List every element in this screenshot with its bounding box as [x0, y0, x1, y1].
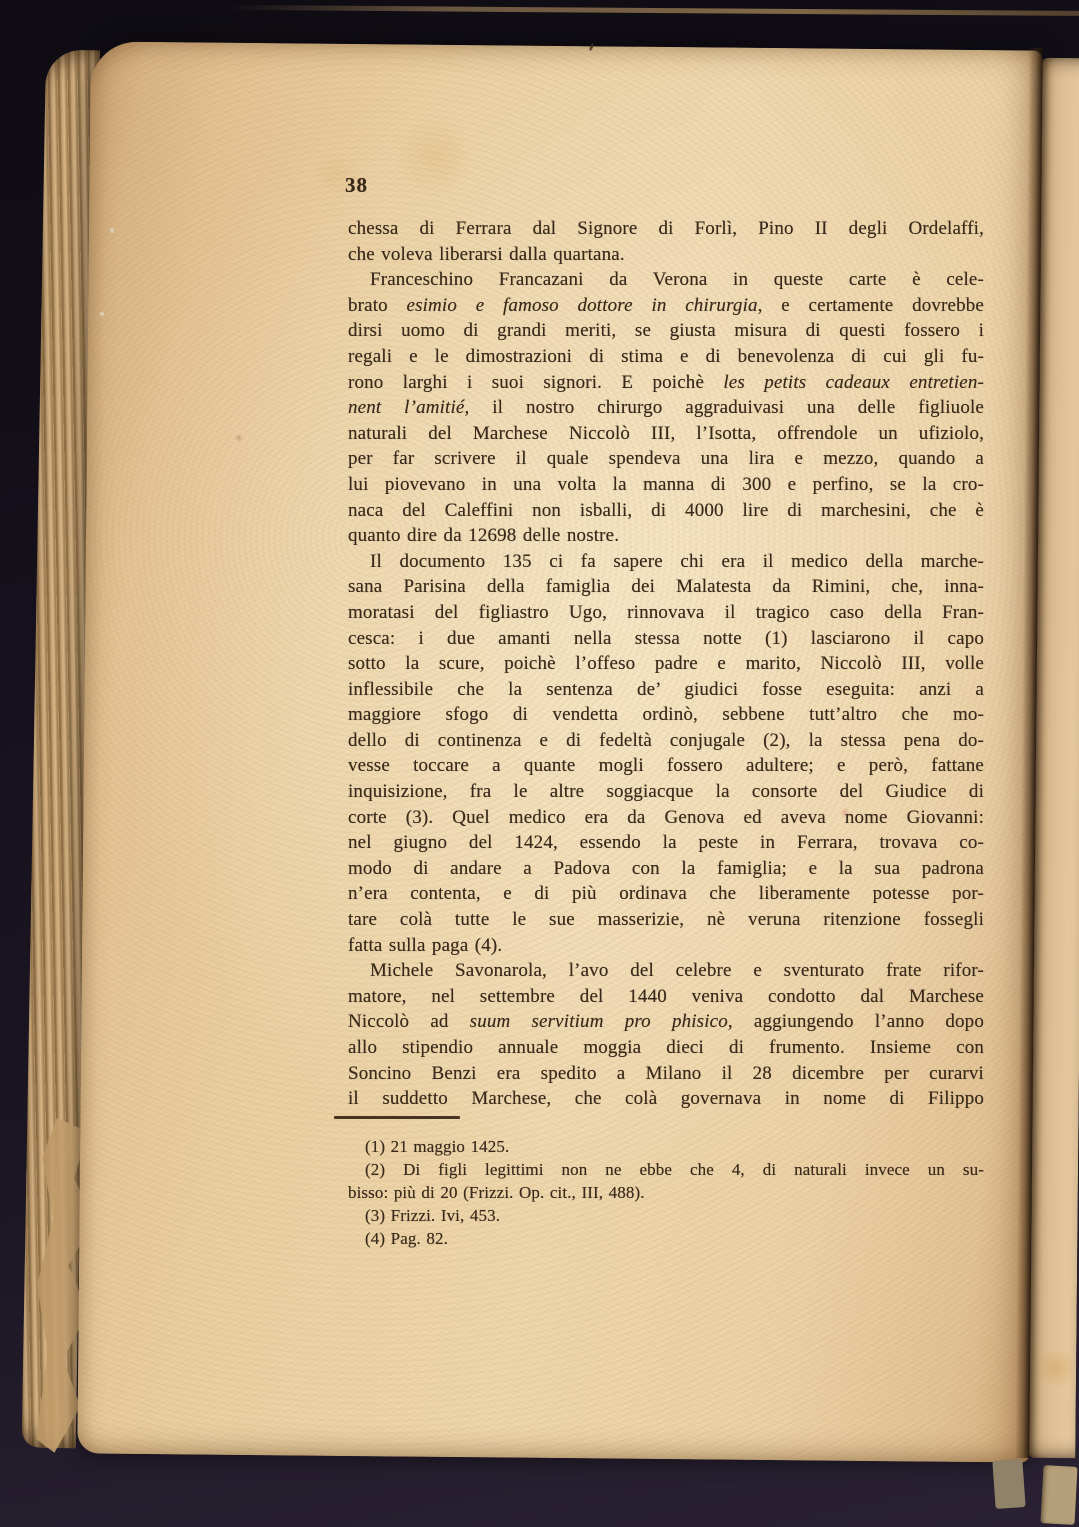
text-line: modo di andare a Padova con la famiglia;…: [348, 856, 984, 882]
book-scan: 38 chessa di Ferrara dal Signore di Forl…: [0, 0, 1079, 1527]
text-line: matore, nel settembre del 1440 veniva co…: [348, 984, 984, 1010]
text-line: per far scrivere il quale spendeva una l…: [348, 446, 984, 472]
text-line: (2) Di figli legittimi non ne ebbe che 4…: [348, 1158, 984, 1181]
text-line: sotto la scure, poichè l’offeso padre e …: [348, 651, 984, 677]
page-content: 38 chessa di Ferrara dal Signore di Forl…: [84, 46, 1036, 1458]
book-top-edge: [230, 5, 1079, 16]
text-line: allo stipendio annuale moggia dieci di f…: [348, 1035, 984, 1061]
text-line: cesca: i due amanti nella stessa notte (…: [348, 626, 984, 652]
text-line: Niccolò ad suum servitium pro phisico, a…: [348, 1009, 984, 1035]
text-line: (4) Pag. 82.: [348, 1227, 984, 1250]
text-line: moratasi del figliastro Ugo, rinnovava i…: [348, 600, 984, 626]
text-line: chessa di Ferrara dal Signore di Forlì, …: [348, 216, 984, 242]
text-line: Michele Savonarola, l’avo del celebre e …: [348, 958, 984, 984]
text-line: rono larghi i suoi signori. E poichè les…: [348, 370, 984, 396]
text-line: inflessibile che la sentenza de’ giudici…: [348, 677, 984, 703]
text-line: Il documento 135 ci fa sapere chi era il…: [348, 549, 984, 575]
text-line: nent l’amitié, il nostro chirurgo aggrad…: [348, 395, 984, 421]
page-number: 38: [345, 173, 368, 198]
text-line: sana Parisina della famiglia dei Malates…: [348, 574, 984, 600]
text-line: quanto dire da 12698 delle nostre.: [348, 523, 984, 549]
text-line: vesse toccare a quante mogli fossero adu…: [348, 753, 984, 779]
binding-fragment: [992, 1459, 1025, 1509]
binding-fragment: [1041, 1465, 1078, 1525]
text-line: corte (3). Quel medico era da Genova ed …: [348, 805, 984, 831]
text-line: il suddetto Marchese, che colà governava…: [348, 1086, 984, 1112]
text-line: n’era contenta, e di più ordinava che li…: [348, 881, 984, 907]
text-line: bisso: più di 20 (Frizzi. Op. cit., III,…: [348, 1181, 984, 1204]
text-line: brato esimio e famoso dottore in chirurg…: [348, 293, 984, 319]
text-line: Soncino Benzi era spedito a Milano il 28…: [348, 1061, 984, 1087]
book-page: 38 chessa di Ferrara dal Signore di Forl…: [77, 41, 1043, 1462]
text-line: che voleva liberarsi dalla quartana.: [348, 242, 984, 268]
text-line: dello di continenza e di fedeltà conjuga…: [348, 728, 984, 754]
text-line: inquisizione, fra le altre soggiacque la…: [348, 779, 984, 805]
text-line: Franceschino Francazani da Verona in que…: [348, 267, 984, 293]
text-line: dirsi uomo di grandi meriti, se giusta m…: [348, 318, 984, 344]
text-line: lui piovevano in una volta la manna di 3…: [348, 472, 984, 498]
text-line: tare colà tutte le sue masserizie, nè ve…: [348, 907, 984, 933]
text-line: (1) 21 maggio 1425.: [348, 1135, 984, 1158]
dust-speck: [110, 228, 114, 233]
text-line: maggiore sfogo di vendetta ordinò, sebbe…: [348, 702, 984, 728]
footnotes: (1) 21 maggio 1425.(2) Di figli legittim…: [348, 1135, 984, 1250]
text-line: fatta sulla paga (4).: [348, 933, 984, 959]
text-line: nel giugno del 1424, essendo la peste in…: [348, 830, 984, 856]
body-text: chessa di Ferrara dal Signore di Forlì, …: [348, 216, 984, 1112]
text-line: regali e le dimostrazioni di stima e di …: [348, 344, 984, 370]
dust-speck: [100, 312, 104, 316]
text-line: naturali del Marchese Niccolò III, l’Iso…: [348, 421, 984, 447]
footnote-separator: [334, 1116, 460, 1119]
text-line: naca del Caleffini non isballi, di 4000 …: [348, 498, 984, 524]
text-line: (3) Frizzi. Ivi, 453.: [348, 1204, 984, 1227]
